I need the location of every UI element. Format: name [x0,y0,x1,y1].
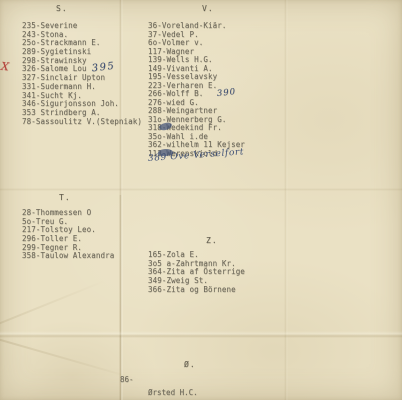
index-entry: Ørsted H.C. [148,388,198,397]
index-entry: 366-Zita og Börnene [148,286,245,295]
index-entry: 86- [120,375,134,384]
section-z-list: 165-Zola E. 3o5 a-Zahrtmann Kr. 364-Zita… [148,251,245,294]
handwritten-number-390: 390 [217,88,237,98]
section-header-oe: Ø. [184,360,196,369]
index-entry-text: 266-Wolff B. [148,89,203,98]
scanned-index-page: S. V. X 235-Severine 243-Stona. 25o-Stra… [0,0,402,400]
paper-crease-horizontal [0,188,402,191]
index-entry: 358-Taulow Alexandra [22,252,114,261]
section-header-t: T. [59,193,71,202]
paper-crease-vertical [119,195,123,400]
section-header-z: Z. [206,236,218,245]
section-v-list: 36-Voreland-Kiär. 37-Vedel P. 6o-Volmer … [148,22,245,158]
section-t-list: 28-Thommessen O 5o-Treu G. 217-Tolstoy L… [22,209,114,261]
handwritten-number-395: 395 [91,63,115,75]
margin-x-mark: X [0,60,9,74]
index-entry-text: 326-Salome Lou [22,64,87,73]
index-entry: 78-Sassoulitz V.(Stepniak) [22,118,142,127]
section-s-list: 235-Severine 243-Stona. 25o-Strackmann E… [22,22,142,126]
section-header-v: V. [202,4,214,13]
section-header-s: S. [56,4,68,13]
paper-crease-horizontal [0,331,402,338]
paper-crease-vertical [284,0,288,400]
paper-crease-diagonal [0,280,106,327]
